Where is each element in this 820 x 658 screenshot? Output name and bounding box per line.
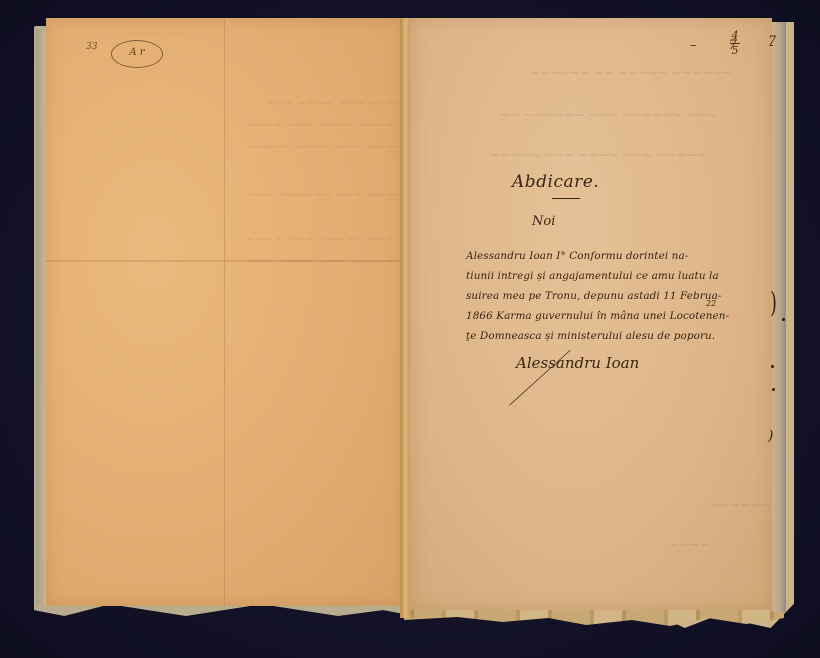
bleed-through-text: ~~~~~ ~~~ ~~~~ ~~~ ~~~~~ bbox=[490, 148, 706, 162]
bleed-through-text: ~~ ~~~~~~ ~~~ ~~~~~~ ~~~ bbox=[500, 108, 716, 122]
body-line: tiunii intregi și angajamentului ce amu … bbox=[466, 270, 719, 282]
body-line: ţe Domneasca și ministerului alesu de po… bbox=[466, 330, 715, 342]
margin-bracket: ) bbox=[770, 286, 777, 319]
margin-mark bbox=[772, 388, 775, 391]
bleed-through-text: ~~~ ~~~~~~ ~~~ ~~~~ bbox=[246, 188, 404, 201]
margin-mark bbox=[782, 318, 785, 321]
margin-bracket-lower: ) bbox=[768, 428, 773, 444]
margin-mark bbox=[771, 365, 774, 368]
body-line: Alessandru Ioan I° Conformu dorintei na- bbox=[466, 250, 688, 262]
body-line: suirea mea pe Tronu, depunu astadi 11 Fe… bbox=[466, 290, 722, 302]
bleed-through-text: ~~~ ~~~~ ~~~ ~~~~~ ~ bbox=[246, 254, 407, 267]
left-page-number: 33 bbox=[86, 42, 97, 52]
date-superscript: 22 bbox=[706, 299, 716, 308]
salutation: Noi bbox=[532, 214, 555, 229]
bleed-through-text: ~~~~ ~~~ ~~~~~ ~~~ bbox=[246, 232, 395, 245]
bleed-through-text: ~~~~~~ ~~ ~~~~~ ~~~~~~ bbox=[530, 66, 732, 80]
bleed-through-text: ~~~~~~ bbox=[710, 498, 770, 512]
bleed-through-text: ~~~~ ~~~ ~~~~ ~~~~ ~~~ bbox=[246, 118, 426, 131]
title-underline bbox=[552, 198, 580, 199]
archive-stamp: A r bbox=[111, 40, 163, 68]
folio-fraction-top: 4 bbox=[730, 30, 740, 42]
bleed-through-text: ~~~~~ ~~~~ ~~~ ~~~~~ bbox=[246, 140, 413, 153]
folio-fraction-bottom: 5 bbox=[730, 45, 740, 57]
bleed-through-text: ~~~~ bbox=[670, 538, 710, 552]
left-page: ~~~ ~~~~ ~~~ ~~~~~ ~~ ~~~~ ~~~ ~~~~ ~~~~… bbox=[46, 18, 404, 606]
document-title: Abdicare. bbox=[512, 172, 599, 192]
folio-fraction: 4 5 bbox=[730, 30, 740, 57]
folio-number-edge: 7 bbox=[768, 34, 776, 49]
body-line: 1866 Karma guvernului în mâna unei Locot… bbox=[466, 310, 729, 322]
